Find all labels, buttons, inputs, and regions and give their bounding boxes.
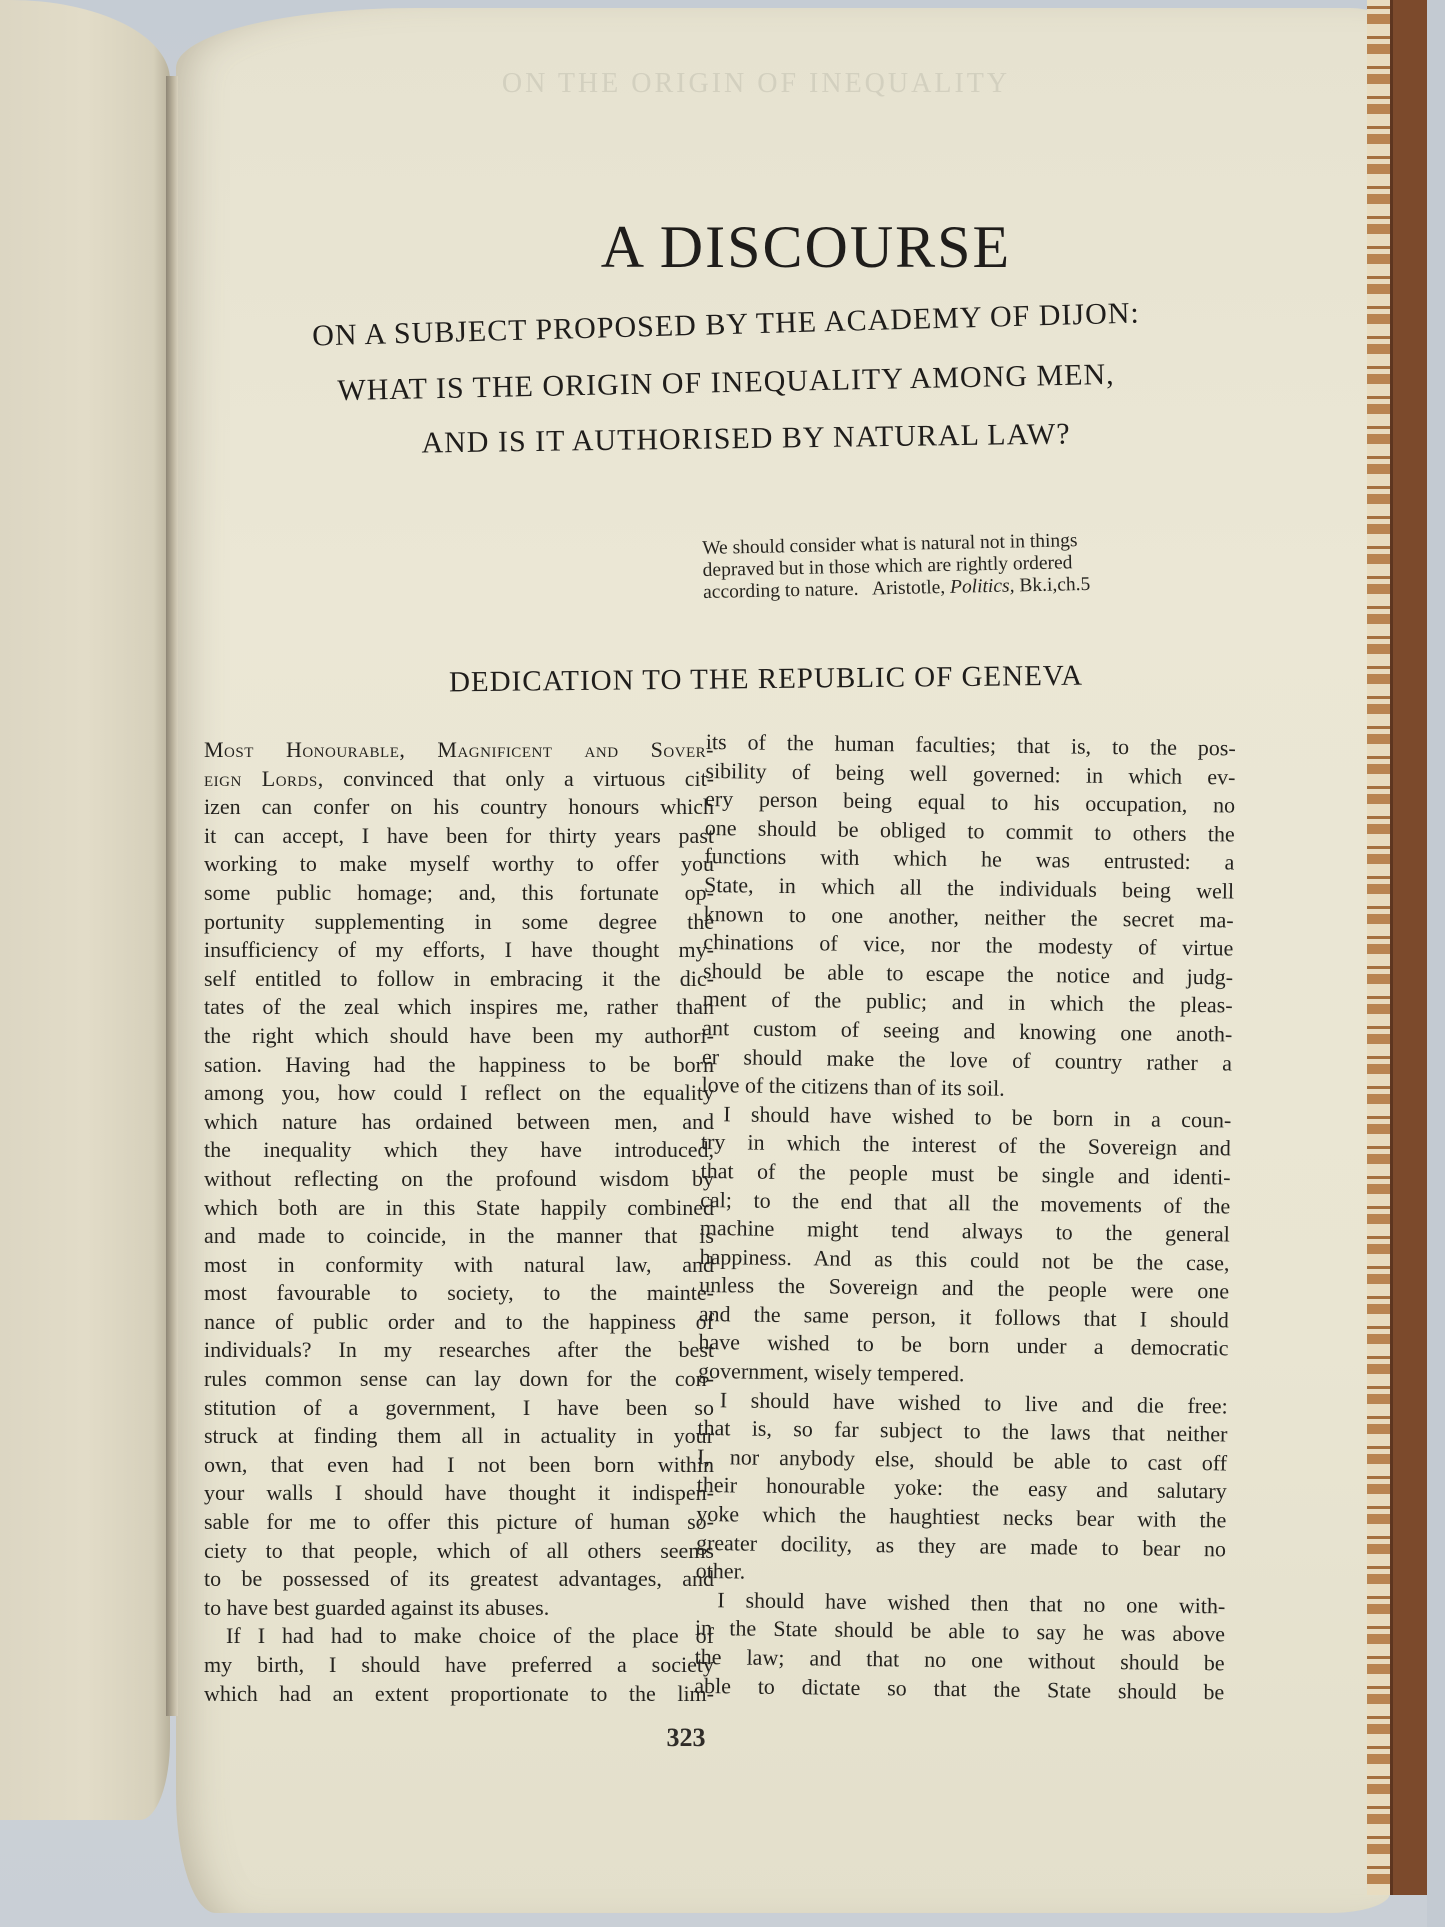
text-line: rules common sense can lay down for the … bbox=[204, 1365, 714, 1394]
text-line: your walls I should have thought it indi… bbox=[204, 1479, 714, 1508]
epigraph-work: Politics, bbox=[950, 575, 1015, 597]
text-line: tates of the zeal which inspires me, rat… bbox=[204, 993, 714, 1022]
page-content: ON THE ORIGIN OF INEQUALITY A DISCOURSE … bbox=[176, 8, 1390, 1913]
book-binding bbox=[1390, 0, 1427, 1895]
text-line: without reflecting on the profound wisdo… bbox=[204, 1165, 714, 1194]
text-line: struck at finding them all in actuality … bbox=[204, 1422, 714, 1451]
epigraph-author: Aristotle, bbox=[872, 577, 946, 600]
text-line: my birth, I should have preferred a soci… bbox=[204, 1651, 714, 1680]
text-line: to have best guarded against its abuses. bbox=[204, 1594, 714, 1623]
text-line: nance of public order and to the happine… bbox=[204, 1308, 714, 1337]
text-column-left: Most Honourable, Magnificent and Sover- … bbox=[204, 736, 714, 1708]
text-line: ciety to that people, which of all other… bbox=[204, 1537, 714, 1566]
text-line: individuals? In my researches after the … bbox=[204, 1336, 714, 1365]
salutation-line: eign Lords, convinced that only a virtuo… bbox=[204, 765, 714, 794]
text-line: stitution of a government, I have been s… bbox=[204, 1394, 714, 1423]
subtitle-line-1: ON A SUBJECT PROPOSED BY THE ACADEMY OF … bbox=[196, 293, 1257, 357]
text-line: the inequality which they have introduce… bbox=[204, 1136, 714, 1165]
text-line: which both are in this State happily com… bbox=[204, 1194, 714, 1223]
text-line: some public homage; and, this fortunate … bbox=[204, 879, 714, 908]
text-line: able to dictate so that the State should… bbox=[694, 1672, 1224, 1707]
epigraph-line: according to nature. bbox=[703, 579, 859, 603]
epigraph-reference: Bk.i,ch.5 bbox=[1019, 574, 1090, 596]
background-strip bbox=[1427, 0, 1445, 1927]
text-line: portunity supplementing in some degree t… bbox=[204, 908, 714, 937]
text-line: self entitled to follow in embracing it … bbox=[204, 965, 714, 994]
text-line: izen can confer on his country honours w… bbox=[204, 793, 714, 822]
subtitle-line-2: WHAT IS THE ORIGIN OF INEQUALITY AMONG M… bbox=[196, 355, 1256, 411]
text-line: own, that even had I not been born withi… bbox=[204, 1451, 714, 1480]
text-line: If I had had to make choice of the place… bbox=[204, 1622, 714, 1651]
text-line: which nature has ordained between men, a… bbox=[204, 1108, 714, 1137]
show-through-running-head: ON THE ORIGIN OF INEQUALITY bbox=[406, 68, 1106, 100]
text-line: among you, how could I reflect on the eq… bbox=[204, 1079, 714, 1108]
epigraph: We should consider what is natural not i… bbox=[702, 528, 1203, 604]
page-number: 323 bbox=[646, 1723, 726, 1753]
main-title: A DISCOURSE bbox=[456, 213, 1156, 282]
salutation-line: Most Honourable, Magnificent and Sover- bbox=[204, 736, 714, 765]
text-line: sation. Having had the happiness to be b… bbox=[204, 1051, 714, 1080]
text-line: which had an extent proportionate to the… bbox=[204, 1680, 714, 1709]
text-line: most favourable to society, to the maint… bbox=[204, 1279, 714, 1308]
salutation-rest: convinced that only a virtuous cit- bbox=[324, 766, 714, 791]
text-line: working to make myself worthy to offer y… bbox=[204, 850, 714, 879]
subtitle-line-3: AND IS IT AUTHORISED BY NATURAL LAW? bbox=[216, 415, 1276, 464]
text-line: insufficiency of my efforts, I have thou… bbox=[204, 936, 714, 965]
salutation-caps: eign Lords, bbox=[204, 766, 324, 791]
text-line: sable for me to offer this picture of hu… bbox=[204, 1508, 714, 1537]
text-line: most in conformity with natural law, and bbox=[204, 1251, 714, 1280]
section-title: DEDICATION TO THE REPUBLIC OF GENEVA bbox=[336, 658, 1196, 700]
text-line: to be possessed of its greatest advantag… bbox=[204, 1565, 714, 1594]
text-column-right: its of the human faculties; that is, to … bbox=[694, 728, 1236, 1707]
text-line: the right which should have been my auth… bbox=[204, 1022, 714, 1051]
left-page bbox=[0, 0, 170, 1820]
text-line: it can accept, I have been for thirty ye… bbox=[204, 822, 714, 851]
text-line: and made to coincide, in the manner that… bbox=[204, 1222, 714, 1251]
